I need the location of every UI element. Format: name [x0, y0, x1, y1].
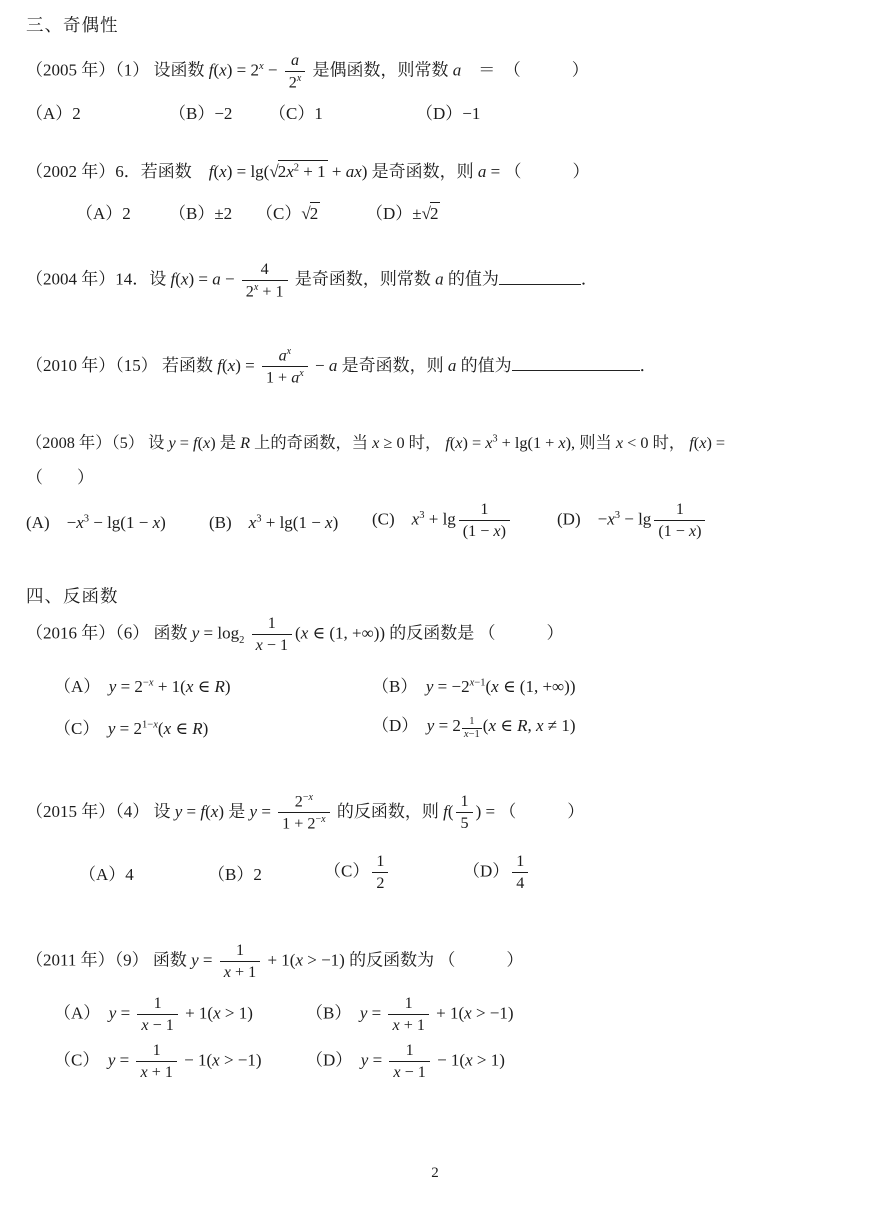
- option-d: （D） y = 21x−1(x ∈ R, x ≠ 1): [372, 711, 844, 742]
- options-grid: （A） y = 1x − 1 + 1(x > 1) （B） y = 1x + 1…: [26, 994, 844, 1082]
- option-c: （C）1: [269, 99, 416, 124]
- problem-stem-continuation: （ ）: [26, 466, 844, 490]
- option-a: (A) −x3 − lg(1 − x): [26, 508, 209, 533]
- problem-stem: （2015 年）（4） 设 y = f(x) 是 y = 2−x1 + 2−x …: [26, 792, 844, 834]
- section-heading-inverse-function: 四、反函数: [26, 583, 844, 608]
- problem-2002-6: （2002 年）6．若函数 f(x) = lg(√2x2 + 1 + ax) 是…: [26, 160, 844, 225]
- section-heading-odd-even: 三、奇偶性: [26, 12, 844, 37]
- option-d: （D）±√2: [366, 199, 440, 224]
- option-a: （A）2: [26, 99, 169, 124]
- option-b: （B） y = −2x−1(x ∈ (1, +∞)): [372, 672, 844, 697]
- option-b: （B）±2: [169, 199, 256, 224]
- option-b: (B) x3 + lg(1 − x): [209, 508, 372, 533]
- problem-stem: （2004 年）14．设 f(x) = a − 42x + 1 是奇函数，则常数…: [26, 260, 844, 302]
- problem-stem: （2002 年）6．若函数 f(x) = lg(√2x2 + 1 + ax) 是…: [26, 160, 844, 184]
- problem-stem: （2011 年）（9） 函数 y = 1x + 1 + 1(x > −1) 的反…: [26, 941, 844, 982]
- problem-stem: （2010 年）（15） 若函数 f(x) = ax1 + ax − a 是奇函…: [26, 346, 844, 388]
- page-number: 2: [0, 1165, 870, 1182]
- problem-2010-15: （2010 年）（15） 若函数 f(x) = ax1 + ax − a 是奇函…: [26, 346, 844, 388]
- option-c: （C） y = 21−x(x ∈ R): [54, 714, 372, 739]
- option-a: （A） y = 1x − 1 + 1(x > 1): [54, 994, 306, 1035]
- option-c: （C）12: [324, 852, 463, 893]
- option-b: （B） y = 1x + 1 + 1(x > −1): [306, 994, 844, 1035]
- option-d: （D） y = 1x − 1 − 1(x > 1): [306, 1041, 844, 1082]
- option-d: （D）−1: [416, 99, 480, 124]
- option-a: （A）2: [76, 199, 169, 224]
- option-c: (C) x3 + lg1(1 − x): [372, 500, 557, 541]
- options-row: (A) −x3 − lg(1 − x) (B) x3 + lg(1 − x) (…: [26, 500, 844, 541]
- option-b: （B）−2: [169, 99, 269, 124]
- problem-2016-6: （2016 年）（6） 函数 y = log2 1x − 1(x ∈ (1, +…: [26, 614, 844, 741]
- answer-blank: [512, 355, 640, 371]
- problem-2004-14: （2004 年）14．设 f(x) = a − 42x + 1 是奇函数，则常数…: [26, 260, 844, 302]
- option-d: (D) −x3 − lg1(1 − x): [557, 500, 708, 541]
- document-page: 三、奇偶性 （2005 年）（1） 设函数 f(x) = 2x − a2x 是偶…: [0, 0, 870, 1208]
- options-row: （A）2 （B）−2 （C）1 （D）−1: [26, 99, 844, 124]
- options-row: （A）2 （B）±2 （C）√2 （D）±√2: [26, 199, 844, 224]
- problem-stem: （2016 年）（6） 函数 y = log2 1x − 1(x ∈ (1, +…: [26, 614, 844, 655]
- options-row: （A）4 （B）2 （C）12 （D）14: [26, 852, 844, 893]
- problem-stem: （2008 年）（5） 设 y = f(x) 是 R 上的奇函数，当 x ≥ 0…: [26, 432, 844, 455]
- problem-2008-5: （2008 年）（5） 设 y = f(x) 是 R 上的奇函数，当 x ≥ 0…: [26, 432, 844, 542]
- problem-2005-1: （2005 年）（1） 设函数 f(x) = 2x − a2x 是偶函数，则常数…: [26, 51, 844, 124]
- option-b: （B）2: [208, 860, 324, 885]
- options-grid: （A） y = 2−x + 1(x ∈ R) （B） y = −2x−1(x ∈…: [26, 672, 844, 742]
- option-d: （D）14: [463, 852, 531, 893]
- problem-2011-9: （2011 年）（9） 函数 y = 1x + 1 + 1(x > −1) 的反…: [26, 941, 844, 1082]
- option-a: （A）4: [79, 860, 208, 885]
- answer-blank: [499, 269, 581, 285]
- problem-stem: （2005 年）（1） 设函数 f(x) = 2x − a2x 是偶函数，则常数…: [26, 51, 844, 93]
- problem-2015-4: （2015 年）（4） 设 y = f(x) 是 y = 2−x1 + 2−x …: [26, 792, 844, 893]
- option-c: （C） y = 1x + 1 − 1(x > −1): [54, 1041, 306, 1082]
- option-c: （C）√2: [256, 199, 366, 224]
- option-a: （A） y = 2−x + 1(x ∈ R): [54, 672, 372, 697]
